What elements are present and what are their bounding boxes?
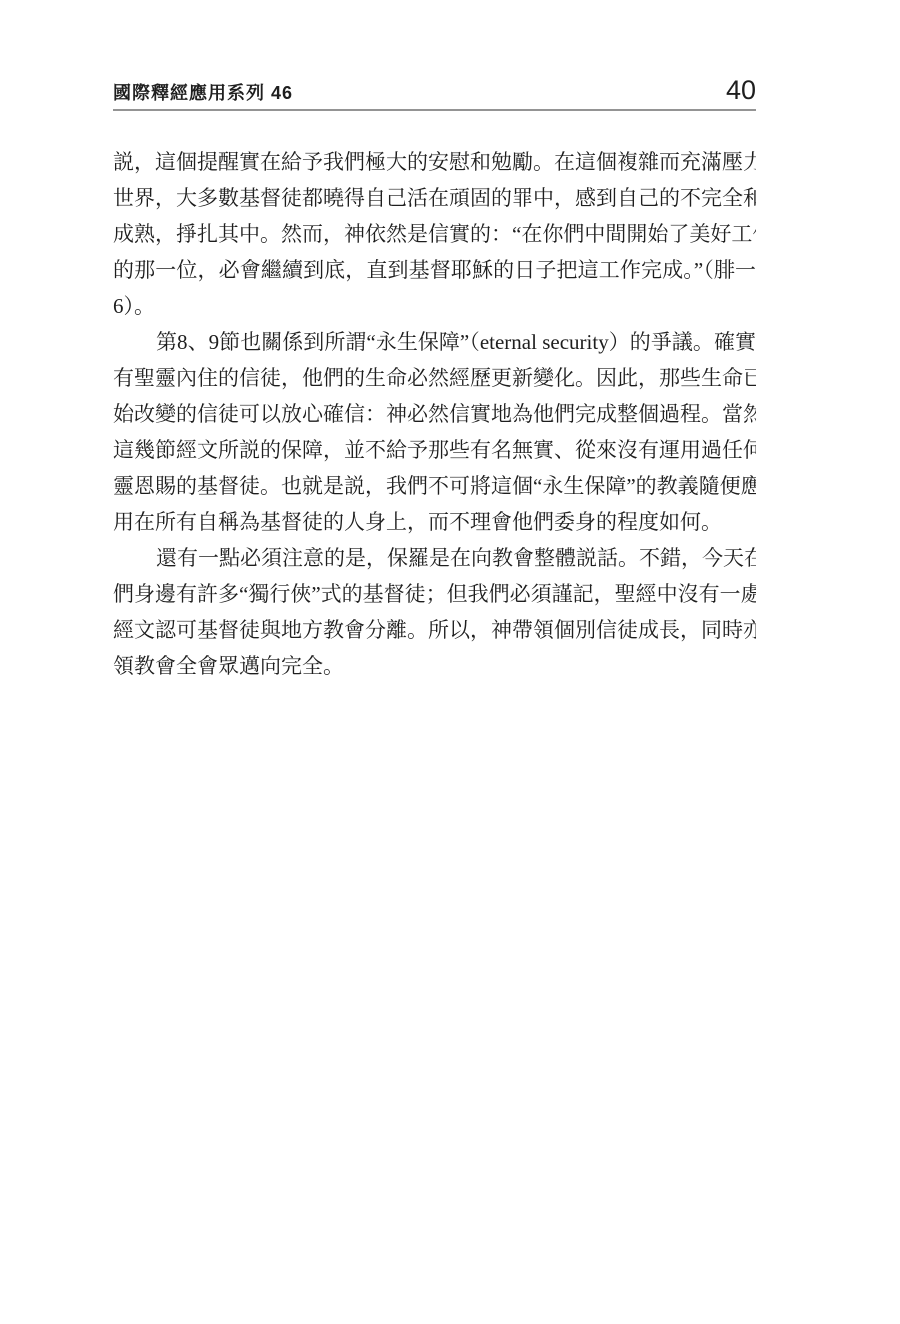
text-line: 經文認可基督徒與地方教會分離。所以，神帶領個別信徒成長，同時亦帶 [113, 612, 756, 648]
text-line: 6）。 [113, 288, 756, 324]
text-line: 用在所有自稱為基督徒的人身上，而不理會他們委身的程度如何。 [113, 504, 756, 540]
text-line: 世界，大多數基督徒都曉得自己活在頑固的罪中，感到自己的不完全和不 [113, 180, 756, 216]
text-line: 還有一點必須注意的是，保羅是在向教會整體説話。不錯，今天在我 [113, 540, 756, 576]
text-line: 領教會全會眾邁向完全。 [113, 648, 756, 684]
header-rule [113, 109, 756, 111]
text-line: 始改變的信徒可以放心確信：神必然信實地為他們完成整個過程。當然， [113, 396, 756, 432]
text-line: 的那一位，必會繼續到底，直到基督耶穌的日子把這工作完成。”（腓一 [113, 252, 756, 288]
text-line: 們身邊有許多“獨行俠”式的基督徒；但我們必須謹記，聖經中沒有一處 [113, 576, 756, 612]
text-line: 有聖靈內住的信徒，他們的生命必然經歷更新變化。因此，那些生命已開 [113, 360, 756, 396]
text-line: 靈恩賜的基督徒。也就是説，我們不可將這個“永生保障”的教義隨便應 [113, 468, 756, 504]
series-title: 國際釋經應用系列 46 [113, 82, 293, 104]
text-line: 這幾節經文所説的保障，並不給予那些有名無實、從來沒有運用過任何屬 [113, 432, 756, 468]
book-page: 國際釋經應用系列 46 40 説，這個提醒實在給予我們極大的安慰和勉勵。在這個複… [0, 0, 900, 1324]
running-header: 國際釋經應用系列 46 40 [113, 76, 756, 104]
text-line: 説，這個提醒實在給予我們極大的安慰和勉勵。在這個複雜而充滿壓力的 [113, 144, 756, 180]
page-number: 40 [726, 77, 756, 104]
body-text: 説，這個提醒實在給予我們極大的安慰和勉勵。在這個複雜而充滿壓力的世界，大多數基督… [113, 144, 756, 684]
text-line: 第8、9節也關係到所謂“永生保障”（eternal security）的爭議。確… [113, 324, 756, 360]
text-line: 成熟，掙扎其中。然而，神依然是信實的：“在你們中間開始了美好工作 [113, 216, 756, 252]
